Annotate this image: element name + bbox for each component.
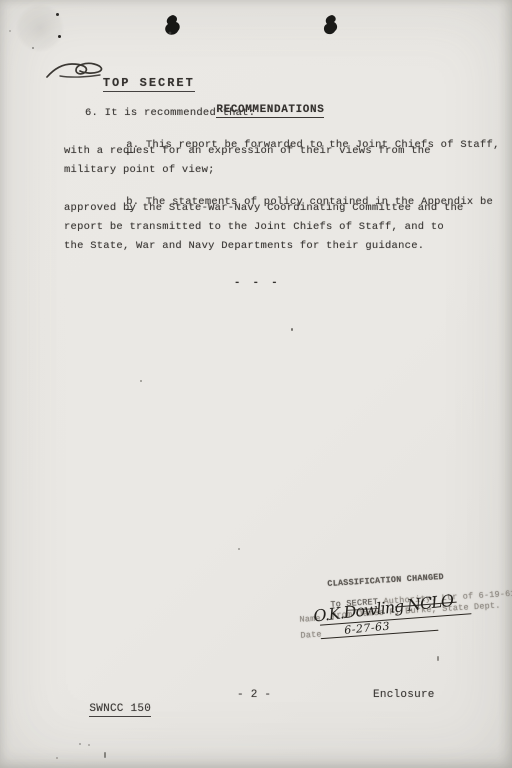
item-a-line2: with a request for an expression of thei…	[64, 145, 431, 158]
scanned-document-page: TOP SECRET RECOMMENDATIONS 6. It is reco…	[0, 0, 512, 768]
item-b-line2: approved by the State-War-Navy Coordinat…	[64, 202, 464, 215]
item-b-line3: report be transmitted to the Joint Chief…	[64, 221, 444, 234]
stamp-date-label: Date	[300, 630, 322, 640]
ink-blot-left	[164, 15, 184, 37]
paragraph-intro: 6. It is recommended that:	[85, 107, 255, 120]
footer-page-number: - 2 -	[237, 689, 271, 703]
item-a-line3: military point of view;	[64, 164, 215, 177]
classification-word-kept: SECRET	[130, 76, 194, 90]
footer-document-number: SWNCC 150	[62, 689, 151, 730]
footer-enclosure-label: Enclosure	[373, 689, 435, 703]
ink-blot-right	[322, 15, 342, 37]
dash-separator: - - -	[234, 277, 281, 290]
item-b-line4: the State, War and Navy Departments for …	[64, 240, 424, 253]
pen-scribble-strikeout	[46, 55, 128, 85]
classification-changed-stamp: CLASSIFICATION CHANGED To SECRET Authori…	[295, 566, 494, 650]
